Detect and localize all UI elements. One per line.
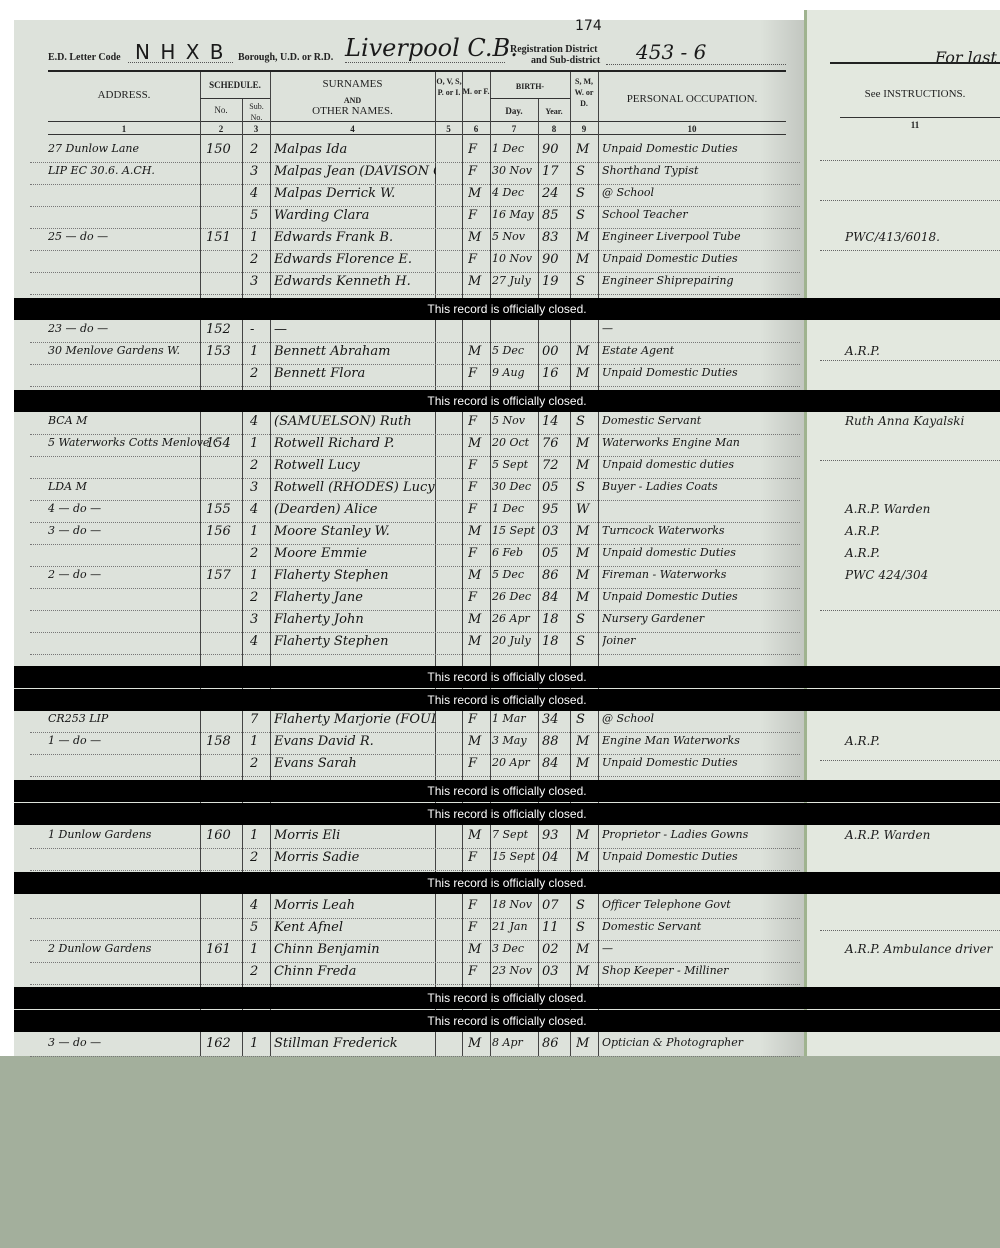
name-cell: Warding Clara: [274, 208, 436, 223]
address-cell: LDA M: [48, 480, 216, 493]
schedule-no-cell: 154: [206, 436, 242, 451]
occupation-cell: Nursery Gardener: [602, 612, 788, 625]
sex-cell: F: [468, 590, 492, 605]
table-row: LDA M3Rotwell (RHODES) Lucy S.F30 Dec05S…: [30, 478, 800, 501]
occupation-cell: Optician & Photographer: [602, 1036, 788, 1049]
occupation-cell: Waterworks Engine Man: [602, 436, 788, 449]
occupation-cell: @ School: [602, 712, 788, 725]
right-page-line: [820, 760, 1000, 761]
col-header-ovspi: O, V, S, P. or I.: [436, 76, 462, 98]
right-page-line: [820, 250, 1000, 251]
birth-year-cell: 05: [542, 546, 570, 561]
marital-status-cell: M: [576, 252, 600, 267]
birth-year-cell: 19: [542, 274, 570, 289]
col-number-3: 3: [242, 124, 270, 134]
occupation-cell: Unpaid domestic duties: [602, 458, 788, 471]
name-cell: Chinn Benjamin: [274, 942, 436, 957]
right-page-annotation: A.R.P.: [845, 546, 880, 560]
sex-cell: F: [468, 164, 492, 179]
sub-no-cell: 1: [250, 230, 274, 245]
closed-record-banner: This record is officially closed.: [14, 780, 1000, 802]
col-number-2: 2: [200, 124, 242, 134]
birth-day-cell: 15 Sept: [492, 524, 538, 537]
occupation-cell: Unpaid Domestic Duties: [602, 850, 788, 863]
marital-status-cell: M: [576, 142, 600, 157]
reg-dotted-line: [606, 64, 786, 65]
right-page-top-rule: [830, 62, 1000, 64]
table-row: 2Edwards Florence E.F10 Nov90MUnpaid Dom…: [30, 250, 800, 273]
sub-no-cell: 2: [250, 142, 274, 157]
sub-no-cell: 3: [250, 480, 274, 495]
col-header-occupation: PERSONAL OCCUPATION.: [598, 94, 786, 105]
sex-cell: F: [468, 850, 492, 865]
table-row: 3 — do —1621Stillman FrederickM8 Apr86MO…: [30, 1034, 800, 1057]
table-row: 3 — do —1561Moore Stanley W.M15 Sept03MT…: [30, 522, 800, 545]
name-cell: Flaherty Jane: [274, 590, 436, 605]
sub-no-cell: 4: [250, 414, 274, 429]
col-number-7: 7: [490, 124, 538, 134]
marital-status-cell: M: [576, 458, 600, 473]
sex-cell: F: [468, 208, 492, 223]
col-header-sub-no: Sub. No.: [243, 101, 270, 123]
sub-district-label: and Sub-district: [531, 55, 600, 66]
address-cell: LIP EC 30.6. A.CH.: [48, 164, 216, 177]
sex-cell: F: [468, 142, 492, 157]
right-page-annotation: A.R.P.: [845, 734, 880, 748]
sex-cell: M: [468, 942, 492, 957]
address-cell: 5 Waterworks Cotts Menlove Gardens W.: [48, 436, 216, 449]
marital-status-cell: S: [576, 414, 600, 429]
right-page-line: [820, 930, 1000, 931]
col-number-4: 4: [270, 124, 435, 134]
name-cell: (Dearden) Alice: [274, 502, 436, 517]
birth-day-cell: 30 Dec: [492, 480, 538, 493]
name-cell: Bennett Flora: [274, 366, 436, 381]
marital-status-cell: M: [576, 436, 600, 451]
col-number-11: 11: [830, 120, 1000, 130]
birth-day-cell: 20 Apr: [492, 756, 538, 769]
occupation-cell: Unpaid Domestic Duties: [602, 252, 788, 265]
occupation-cell: Domestic Servant: [602, 920, 788, 933]
name-cell: Moore Emmie: [274, 546, 436, 561]
register-page-right: [804, 10, 1000, 1056]
birth-day-cell: 1 Mar: [492, 712, 538, 725]
table-row: 1 — do —1581Evans David R.M3 May88MEngin…: [30, 732, 800, 755]
table-row: 4Flaherty StephenM20 July18SJoiner: [30, 632, 800, 655]
schedule-no-cell: 162: [206, 1036, 242, 1051]
occupation-cell: Unpaid Domestic Duties: [602, 756, 788, 769]
birth-year-cell: 18: [542, 634, 570, 649]
schedule-no-cell: 158: [206, 734, 242, 749]
name-cell: Moore Stanley W.: [274, 524, 436, 539]
birth-year-cell: 88: [542, 734, 570, 749]
occupation-cell: Officer Telephone Govt: [602, 898, 788, 911]
schedule-no-cell: 155: [206, 502, 242, 517]
schedule-no-cell: 153: [206, 344, 242, 359]
schedule-no-cell: 161: [206, 942, 242, 957]
name-cell: Chinn Freda: [274, 964, 436, 979]
sub-no-cell: 1: [250, 524, 274, 539]
birth-year-cell: 16: [542, 366, 570, 381]
col-header-marital-status: S, M, W. or D.: [570, 76, 598, 109]
birth-day-cell: 3 May: [492, 734, 538, 747]
name-cell: Evans Sarah: [274, 756, 436, 771]
right-page-annotation: A.R.P.: [845, 524, 880, 538]
occupation-cell: Engineer Liverpool Tube: [602, 230, 788, 243]
right-page-annotation: PWC 424/304: [845, 568, 928, 582]
page-number: 174: [575, 18, 602, 34]
sex-cell: F: [468, 458, 492, 473]
sub-no-cell: 1: [250, 942, 274, 957]
birth-day-cell: 21 Jan: [492, 920, 538, 933]
sub-no-cell: 2: [250, 546, 274, 561]
occupation-cell: Unpaid Domestic Duties: [602, 142, 788, 155]
birth-day-cell: 5 Dec: [492, 568, 538, 581]
occupation-cell: School Teacher: [602, 208, 788, 221]
right-page-annotation: Ruth Anna Kayalski: [845, 414, 964, 428]
sub-no-cell: 3: [250, 274, 274, 289]
marital-status-cell: S: [576, 712, 600, 727]
sex-cell: M: [468, 634, 492, 649]
borough-value: Liverpool C.B.: [345, 34, 518, 62]
name-cell: Morris Eli: [274, 828, 436, 843]
birth-year-cell: 04: [542, 850, 570, 865]
sex-cell: F: [468, 712, 492, 727]
column-number-rule: [48, 134, 786, 135]
table-row: 2Moore EmmieF6 Feb05MUnpaid domestic Dut…: [30, 544, 800, 567]
marital-status-cell: M: [576, 568, 600, 583]
registration-district-value: 453 - 6: [636, 40, 706, 64]
sex-cell: F: [468, 502, 492, 517]
sex-cell: F: [468, 546, 492, 561]
sub-no-cell: 2: [250, 458, 274, 473]
table-row: 2Flaherty JaneF26 Dec84MUnpaid Domestic …: [30, 588, 800, 611]
birth-day-cell: 30 Nov: [492, 164, 538, 177]
marital-status-cell: M: [576, 344, 600, 359]
sub-no-cell: 1: [250, 734, 274, 749]
address-cell: 3 — do —: [48, 1036, 216, 1049]
name-cell: Malpas Derrick W.: [274, 186, 436, 201]
birth-year-cell: 84: [542, 590, 570, 605]
table-row: 27 Dunlow Lane1502Malpas IdaF1 Dec90MUnp…: [30, 140, 800, 163]
right-page-line: [820, 610, 1000, 611]
sex-cell: M: [468, 1036, 492, 1051]
schedule-split-rule: [200, 98, 270, 99]
birth-year-cell: 24: [542, 186, 570, 201]
header-top-rule: [48, 70, 786, 72]
borough-label: Borough, U.D. or R.D.: [238, 52, 333, 63]
birth-year-cell: 05: [542, 480, 570, 495]
sub-no-cell: 1: [250, 436, 274, 451]
birth-split-rule: [490, 98, 570, 99]
birth-year-cell: 90: [542, 252, 570, 267]
schedule-no-cell: 152: [206, 322, 242, 337]
marital-status-cell: M: [576, 942, 600, 957]
closed-record-banner: This record is officially closed.: [14, 390, 1000, 412]
address-cell: 25 — do —: [48, 230, 216, 243]
sex-cell: F: [468, 920, 492, 935]
sub-no-cell: 2: [250, 756, 274, 771]
birth-day-cell: 10 Nov: [492, 252, 538, 265]
birth-year-cell: 72: [542, 458, 570, 473]
marital-status-cell: M: [576, 366, 600, 381]
table-row: 2Morris SadieF15 Sept04MUnpaid Domestic …: [30, 848, 800, 871]
col-header-sex: M. or F.: [462, 86, 490, 97]
birth-day-cell: 5 Nov: [492, 414, 538, 427]
occupation-cell: Proprietor - Ladies Gowns: [602, 828, 788, 841]
birth-year-cell: 11: [542, 920, 570, 935]
name-cell: Edwards Florence E.: [274, 252, 436, 267]
occupation-cell: Unpaid domestic Duties: [602, 546, 788, 559]
table-row: CR253 LIP7Flaherty Marjorie (FOULKES)F1 …: [30, 710, 800, 733]
birth-year-cell: 14: [542, 414, 570, 429]
table-row: 2 — do —1571Flaherty StephenM5 Dec86MFir…: [30, 566, 800, 589]
closed-record-banner: This record is officially closed.: [14, 872, 1000, 894]
name-cell: Flaherty Stephen: [274, 634, 436, 649]
sub-no-cell: 1: [250, 568, 274, 583]
address-cell: CR253 LIP: [48, 712, 216, 725]
birth-year-cell: 83: [542, 230, 570, 245]
sub-no-cell: 5: [250, 208, 274, 223]
sub-no-cell: 5: [250, 920, 274, 935]
name-cell: Rotwell Lucy: [274, 458, 436, 473]
occupation-cell: —: [602, 942, 788, 955]
occupation-cell: @ School: [602, 186, 788, 199]
right-page-annotation: A.R.P. Ambulance driver: [845, 942, 992, 956]
marital-status-cell: W: [576, 502, 600, 517]
marital-status-cell: S: [576, 274, 600, 289]
birth-day-cell: 1 Dec: [492, 502, 538, 515]
table-row: 4 — do —1554(Dearden) AliceF1 Dec95W: [30, 500, 800, 523]
address-cell: 27 Dunlow Lane: [48, 142, 216, 155]
marital-status-cell: M: [576, 828, 600, 843]
name-cell: Evans David R.: [274, 734, 436, 749]
sex-cell: M: [468, 612, 492, 627]
sex-cell: F: [468, 366, 492, 381]
sub-no-cell: 4: [250, 186, 274, 201]
table-row: 2Chinn FredaF23 Nov03MShop Keeper - Mill…: [30, 962, 800, 985]
col-number-6: 6: [462, 124, 490, 134]
occupation-cell: Shorthand Typist: [602, 164, 788, 177]
sex-cell: M: [468, 568, 492, 583]
sex-cell: M: [468, 524, 492, 539]
address-cell: 3 — do —: [48, 524, 216, 537]
sex-cell: M: [468, 230, 492, 245]
birth-day-cell: 27 July: [492, 274, 538, 287]
schedule-no-cell: 157: [206, 568, 242, 583]
sex-cell: F: [468, 898, 492, 913]
marital-status-cell: M: [576, 756, 600, 771]
table-row: 2 Dunlow Gardens1611Chinn BenjaminM3 Dec…: [30, 940, 800, 963]
sex-cell: M: [468, 734, 492, 749]
col-header-surnames: SURNAMES: [270, 79, 435, 90]
name-cell: Malpas Ida: [274, 142, 436, 157]
ed-code-dotted-line: [128, 62, 233, 63]
address-cell: 2 — do —: [48, 568, 216, 581]
birth-year-cell: 76: [542, 436, 570, 451]
sex-cell: F: [468, 964, 492, 979]
col-header-instructions: See INSTRUCTIONS.: [830, 89, 1000, 100]
schedule-no-cell: 151: [206, 230, 242, 245]
birth-day-cell: 1 Dec: [492, 142, 538, 155]
right-page-annotation: PWC/413/6018.: [845, 230, 940, 244]
marital-status-cell: M: [576, 964, 600, 979]
sub-no-cell: 7: [250, 712, 274, 727]
birth-year-cell: 03: [542, 964, 570, 979]
sex-cell: M: [468, 186, 492, 201]
table-row: 5Warding ClaraF16 May85SSchool Teacher: [30, 206, 800, 229]
birth-year-cell: 17: [542, 164, 570, 179]
birth-day-cell: 23 Nov: [492, 964, 538, 977]
registration-district-label: Registration District: [510, 44, 597, 55]
marital-status-cell: M: [576, 734, 600, 749]
sub-no-cell: 3: [250, 164, 274, 179]
table-row: 3Edwards Kenneth H.M27 July19SEngineer S…: [30, 272, 800, 295]
table-row: BCA M4(SAMUELSON) RuthF5 Nov14SDomestic …: [30, 412, 800, 435]
birth-day-cell: 4 Dec: [492, 186, 538, 199]
sub-no-cell: 2: [250, 964, 274, 979]
birth-year-cell: 90: [542, 142, 570, 157]
birth-day-cell: 16 May: [492, 208, 538, 221]
table-row: 23 — do —152-——: [30, 320, 800, 343]
col-number-10: 10: [598, 124, 786, 134]
birth-year-cell: 95: [542, 502, 570, 517]
name-cell: Morris Leah: [274, 898, 436, 913]
background-fill: [0, 1056, 1000, 1248]
sub-no-cell: 4: [250, 634, 274, 649]
birth-year-cell: 34: [542, 712, 570, 727]
table-row: 2Evans SarahF20 Apr84MUnpaid Domestic Du…: [30, 754, 800, 777]
closed-record-banner: This record is officially closed.: [14, 666, 1000, 688]
marital-status-cell: M: [576, 1036, 600, 1051]
birth-year-cell: 86: [542, 1036, 570, 1051]
occupation-cell: Unpaid Domestic Duties: [602, 590, 788, 603]
birth-day-cell: 3 Dec: [492, 942, 538, 955]
marital-status-cell: S: [576, 186, 600, 201]
col-header-no: No.: [200, 105, 242, 116]
right-page-line: [820, 160, 1000, 161]
marital-status-cell: S: [576, 208, 600, 223]
sub-no-cell: 4: [250, 502, 274, 517]
ed-letter-code-value: N H X B: [135, 40, 226, 64]
birth-day-cell: 9 Aug: [492, 366, 538, 379]
occupation-cell: Fireman - Waterworks: [602, 568, 788, 581]
birth-day-cell: 5 Dec: [492, 344, 538, 357]
occupation-cell: Joiner: [602, 634, 788, 647]
birth-day-cell: 5 Sept: [492, 458, 538, 471]
col-number-5: 5: [435, 124, 462, 134]
marital-status-cell: M: [576, 524, 600, 539]
table-row: 4Morris LeahF18 Nov07SOfficer Telephone …: [30, 896, 800, 919]
occupation-cell: Engineer Shiprepairing: [602, 274, 788, 287]
schedule-no-cell: 156: [206, 524, 242, 539]
marital-status-cell: M: [576, 590, 600, 605]
birth-day-cell: 6 Feb: [492, 546, 538, 559]
left-margin: [0, 0, 14, 1056]
right-page-line: [820, 200, 1000, 201]
birth-year-cell: 07: [542, 898, 570, 913]
marital-status-cell: S: [576, 612, 600, 627]
occupation-cell: Engine Man Waterworks: [602, 734, 788, 747]
sex-cell: M: [468, 436, 492, 451]
schedule-no-cell: 150: [206, 142, 242, 157]
right-page-annotation: A.R.P.: [845, 344, 880, 358]
sex-cell: F: [468, 756, 492, 771]
birth-day-cell: 26 Dec: [492, 590, 538, 603]
col-number-8: 8: [538, 124, 570, 134]
right-page-annotation: A.R.P. Warden: [845, 828, 930, 842]
birth-day-cell: 18 Nov: [492, 898, 538, 911]
name-cell: Malpas Jean (DAVISON GRAY): [274, 164, 436, 179]
birth-day-cell: 26 Apr: [492, 612, 538, 625]
birth-year-cell: 18: [542, 612, 570, 627]
closed-record-banner: This record is officially closed.: [14, 987, 1000, 1009]
marital-status-cell: S: [576, 164, 600, 179]
sex-cell: M: [468, 828, 492, 843]
right-page-annotation: A.R.P. Warden: [845, 502, 930, 516]
sub-no-cell: 3: [250, 612, 274, 627]
right-page-line: [820, 460, 1000, 461]
name-cell: (SAMUELSON) Ruth: [274, 414, 436, 429]
table-row: 5 Waterworks Cotts Menlove Gardens W.154…: [30, 434, 800, 457]
marital-status-cell: S: [576, 898, 600, 913]
occupation-cell: Estate Agent: [602, 344, 788, 357]
col-header-address: ADDRESS.: [48, 90, 200, 101]
marital-status-cell: M: [576, 850, 600, 865]
name-cell: —: [274, 322, 436, 337]
birth-day-cell: 8 Apr: [492, 1036, 538, 1049]
table-row: 2Bennett FloraF9 Aug16MUnpaid Domestic D…: [30, 364, 800, 387]
sex-cell: F: [468, 480, 492, 495]
sub-no-cell: 2: [250, 590, 274, 605]
marital-status-cell: M: [576, 546, 600, 561]
name-cell: Edwards Frank B.: [274, 230, 436, 245]
closed-record-banner: This record is officially closed.: [14, 803, 1000, 825]
address-cell: 30 Menlove Gardens W.: [48, 344, 216, 357]
sex-cell: M: [468, 344, 492, 359]
occupation-cell: —: [602, 322, 788, 335]
sub-no-cell: 1: [250, 1036, 274, 1051]
table-row: 25 — do —1511Edwards Frank B.M5 Nov83MEn…: [30, 228, 800, 251]
borough-dotted-line: [345, 62, 505, 63]
col-header-year: Year.: [538, 106, 570, 117]
birth-day-cell: 7 Sept: [492, 828, 538, 841]
marital-status-cell: S: [576, 480, 600, 495]
col-header-birth: BIRTH-: [490, 81, 570, 92]
birth-year-cell: 02: [542, 942, 570, 957]
birth-day-cell: 5 Nov: [492, 230, 538, 243]
col-number-9: 9: [570, 124, 598, 134]
birth-day-cell: 20 Oct: [492, 436, 538, 449]
closed-record-banner: This record is officially closed.: [14, 689, 1000, 711]
sub-no-cell: 2: [250, 366, 274, 381]
address-cell: 4 — do —: [48, 502, 216, 515]
name-cell: Stillman Frederick: [274, 1036, 436, 1051]
table-row: 4Malpas Derrick W.M4 Dec24S@ School: [30, 184, 800, 207]
name-cell: Bennett Abraham: [274, 344, 436, 359]
schedule-no-cell: 160: [206, 828, 242, 843]
header-bottom-rule: [48, 121, 786, 122]
name-cell: Edwards Kenneth H.: [274, 274, 436, 289]
closed-record-banner: This record is officially closed.: [14, 1010, 1000, 1032]
occupation-cell: Buyer - Ladies Coats: [602, 480, 788, 493]
table-row: 5Kent AfnelF21 Jan11SDomestic Servant: [30, 918, 800, 941]
birth-year-cell: 86: [542, 568, 570, 583]
address-cell: 1 — do —: [48, 734, 216, 747]
birth-year-cell: 93: [542, 828, 570, 843]
birth-year-cell: 00: [542, 344, 570, 359]
address-cell: 23 — do —: [48, 322, 216, 335]
